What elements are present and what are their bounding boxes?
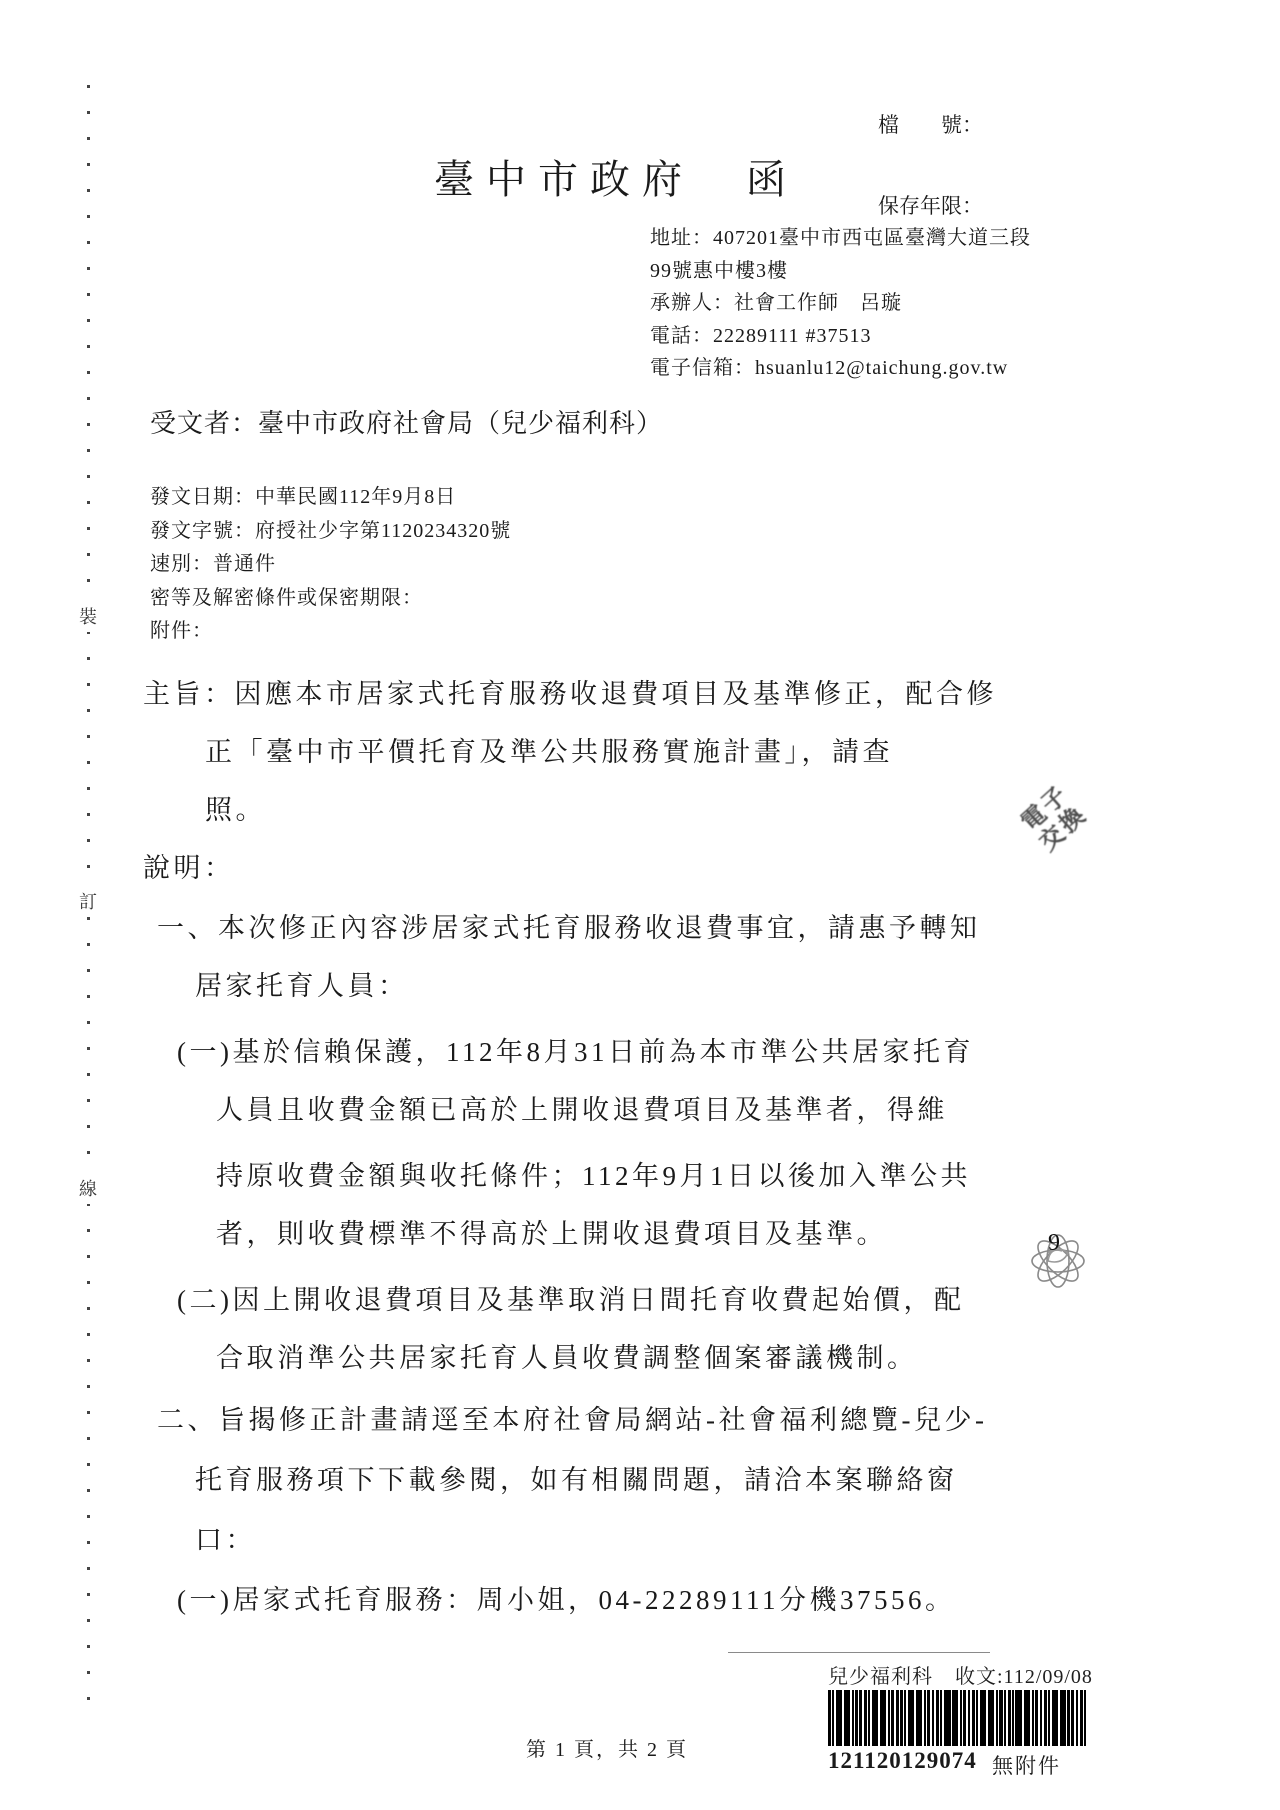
electronic-exchange-stamp-icon: 電子 交換 <box>1017 781 1093 857</box>
body-line: (一)基於信賴保護，112年8月31日前為本市準公共居家托育 <box>177 1030 974 1069</box>
recipient-line: 受文者：臺中市政府社會局（兒少福利科） <box>150 403 663 440</box>
retention-period-label: 保存年限： <box>878 193 983 220</box>
receive-stamp: 兒少福利科收文:112/09/08 <box>828 1660 1093 1689</box>
body-line: 人員且收費金額已高於上開收退費項目及基準者，得維 <box>216 1088 948 1127</box>
receive-department: 兒少福利科 <box>828 1666 933 1688</box>
sender-info-block: 地址：407201臺中市西屯區臺灣大道三段 99號惠中樓3樓 承辦人：社會工作師… <box>650 222 1031 385</box>
body-line: 居家托育人員： <box>195 964 409 1003</box>
file-number-label: 檔 號： <box>878 112 983 139</box>
barcode-attachment-note: 無附件 <box>992 1750 1061 1780</box>
scan-page-number: 9 <box>1048 1230 1060 1257</box>
body-line: (二)因上開收退費項目及基準取消日間托育收費起始價，配 <box>177 1278 964 1317</box>
body-line: (一)居家式托育服務：周小姐，04-22289111分機37556。 <box>177 1578 955 1617</box>
body-line: 說明： <box>143 846 235 885</box>
document-title: 臺中市政府 函 <box>434 148 798 205</box>
sender-phone-line: 電話：22289111 #37513 <box>650 320 1031 353</box>
speed-class-line: 速別：普通件 <box>150 548 511 582</box>
issue-date-line: 發文日期：中華民國112年9月8日 <box>150 481 511 515</box>
binding-label-ding: 訂 <box>79 885 97 917</box>
issue-number-line: 發文字號：府授社少字第1120234320號 <box>150 515 511 549</box>
barcode-icon <box>828 1690 1086 1746</box>
sender-contact-line: 承辦人：社會工作師 呂璇 <box>650 287 1031 320</box>
body-line: 主旨：因應本市居家式托育服務收退費項目及基準修正，配合修 <box>143 672 997 711</box>
body-line: 一、本次修正內容涉居家式托育服務收退費事宜，請惠予轉知 <box>157 906 981 945</box>
body-line: 照。 <box>205 788 266 827</box>
sender-address-line2: 99號惠中樓3樓 <box>650 255 1031 288</box>
document-meta-block: 發文日期：中華民國112年9月8日 發文字號：府授社少字第1120234320號… <box>150 481 511 649</box>
sender-address-line1: 地址：407201臺中市西屯區臺灣大道三段 <box>650 222 1031 255</box>
page-footer: 第 1 頁，共 2 頁 <box>526 1733 688 1762</box>
binding-label-zhuang: 裝 <box>79 600 97 632</box>
attachment-line: 附件： <box>150 615 511 649</box>
flower-stamp-icon <box>1018 1203 1098 1319</box>
body-line: 正「臺中市平價托育及準公共服務實施計畫」，請查 <box>205 730 893 769</box>
security-class-line: 密等及解密條件或保密期限： <box>150 582 511 616</box>
body-line: 二、旨揭修正計畫請逕至本府社會局網站-社會福利總覽-兒少- <box>157 1398 987 1437</box>
sender-email-line: 電子信箱：hsuanlu12@taichung.gov.tw <box>650 352 1031 385</box>
barcode-number: 121120129074 <box>828 1748 977 1774</box>
document-page: { "page": { "file_label": "檔 號：", "reten… <box>0 0 1280 1810</box>
body-line: 持原收費金額與收托條件；112年9月1日以後加入準公共 <box>216 1154 971 1193</box>
body-line: 口： <box>195 1518 256 1557</box>
receive-date: 收文:112/09/08 <box>955 1666 1093 1688</box>
receive-stamp-rule <box>728 1652 990 1653</box>
binding-label-xian: 線 <box>79 1172 97 1204</box>
body-line: 合取消準公共居家托育人員收費調整個案審議機制。 <box>216 1336 918 1375</box>
body-line: 者，則收費標準不得高於上開收退費項目及基準。 <box>216 1212 887 1251</box>
archive-label-block: 檔 號： 保存年限： <box>878 58 983 247</box>
body-line: 托育服務項下下載參閱，如有相關問題，請洽本案聯絡窗 <box>195 1458 958 1497</box>
